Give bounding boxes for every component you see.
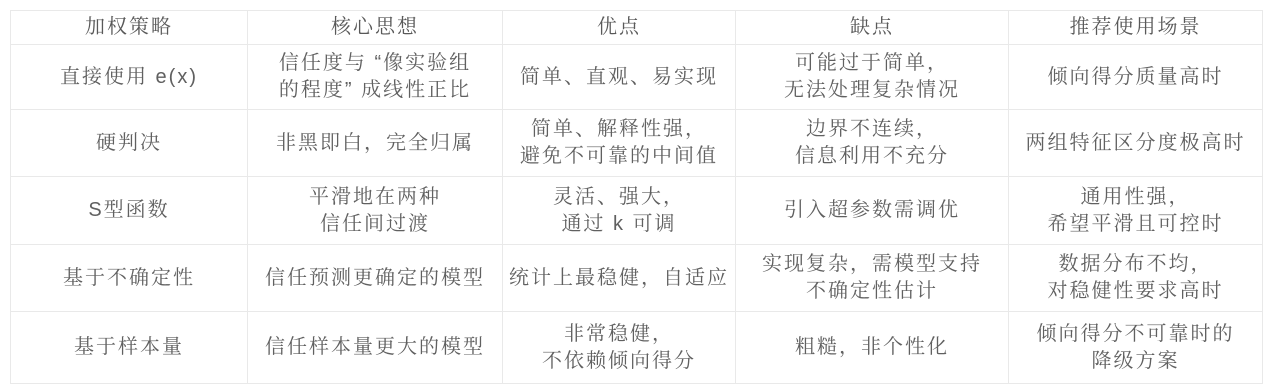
table-cell: 非常稳健， 不依赖倾向得分 bbox=[503, 312, 736, 384]
table-row: 基于样本量 信任样本量更大的模型 非常稳健， 不依赖倾向得分 粗糙，非个性化 倾… bbox=[11, 312, 1263, 384]
table-cell: 基于不确定性 bbox=[11, 245, 248, 312]
table-cell: 倾向得分质量高时 bbox=[1009, 45, 1263, 110]
column-header-recommended-scenarios: 推荐使用场景 bbox=[1009, 11, 1263, 45]
table-cell: 引入超参数需调优 bbox=[736, 177, 1009, 245]
table-row: 基于不确定性 信任预测更确定的模型 统计上最稳健，自适应 实现复杂，需模型支持 … bbox=[11, 245, 1263, 312]
table-cell: 简单、解释性强， 避免不可靠的中间值 bbox=[503, 110, 736, 177]
table-cell: 直接使用 e(x) bbox=[11, 45, 248, 110]
table-cell: 边界不连续， 信息利用不充分 bbox=[736, 110, 1009, 177]
column-header-weighting-strategy: 加权策略 bbox=[11, 11, 248, 45]
column-header-pros: 优点 bbox=[503, 11, 736, 45]
table-cell: 灵活、强大， 通过 k 可调 bbox=[503, 177, 736, 245]
table-cell: 可能过于简单， 无法处理复杂情况 bbox=[736, 45, 1009, 110]
page: 加权策略 核心思想 优点 缺点 推荐使用场景 直接使用 e(x) 信任度与 “像… bbox=[0, 0, 1272, 392]
table-row: 硬判决 非黑即白，完全归属 简单、解释性强， 避免不可靠的中间值 边界不连续， … bbox=[11, 110, 1263, 177]
table-cell: 信任预测更确定的模型 bbox=[248, 245, 503, 312]
table-cell: 统计上最稳健，自适应 bbox=[503, 245, 736, 312]
table-cell: 倾向得分不可靠时的 降级方案 bbox=[1009, 312, 1263, 384]
table-cell: 硬判决 bbox=[11, 110, 248, 177]
table-cell: 信任度与 “像实验组 的程度” 成线性正比 bbox=[248, 45, 503, 110]
table-cell: 基于样本量 bbox=[11, 312, 248, 384]
table-row: 直接使用 e(x) 信任度与 “像实验组 的程度” 成线性正比 简单、直观、易实… bbox=[11, 45, 1263, 110]
table-cell: 简单、直观、易实现 bbox=[503, 45, 736, 110]
table-cell: 信任样本量更大的模型 bbox=[248, 312, 503, 384]
table-cell: 两组特征区分度极高时 bbox=[1009, 110, 1263, 177]
weighting-strategy-table: 加权策略 核心思想 优点 缺点 推荐使用场景 直接使用 e(x) 信任度与 “像… bbox=[10, 10, 1263, 384]
table-cell: 通用性强， 希望平滑且可控时 bbox=[1009, 177, 1263, 245]
header-row: 加权策略 核心思想 优点 缺点 推荐使用场景 bbox=[11, 11, 1263, 45]
table-row: S型函数 平滑地在两种 信任间过渡 灵活、强大， 通过 k 可调 引入超参数需调… bbox=[11, 177, 1263, 245]
table-cell: S型函数 bbox=[11, 177, 248, 245]
column-header-core-idea: 核心思想 bbox=[248, 11, 503, 45]
table-cell: 平滑地在两种 信任间过渡 bbox=[248, 177, 503, 245]
table-cell: 粗糙，非个性化 bbox=[736, 312, 1009, 384]
table-cell: 非黑即白，完全归属 bbox=[248, 110, 503, 177]
table-cell: 数据分布不均， 对稳健性要求高时 bbox=[1009, 245, 1263, 312]
table-cell: 实现复杂，需模型支持 不确定性估计 bbox=[736, 245, 1009, 312]
column-header-cons: 缺点 bbox=[736, 11, 1009, 45]
